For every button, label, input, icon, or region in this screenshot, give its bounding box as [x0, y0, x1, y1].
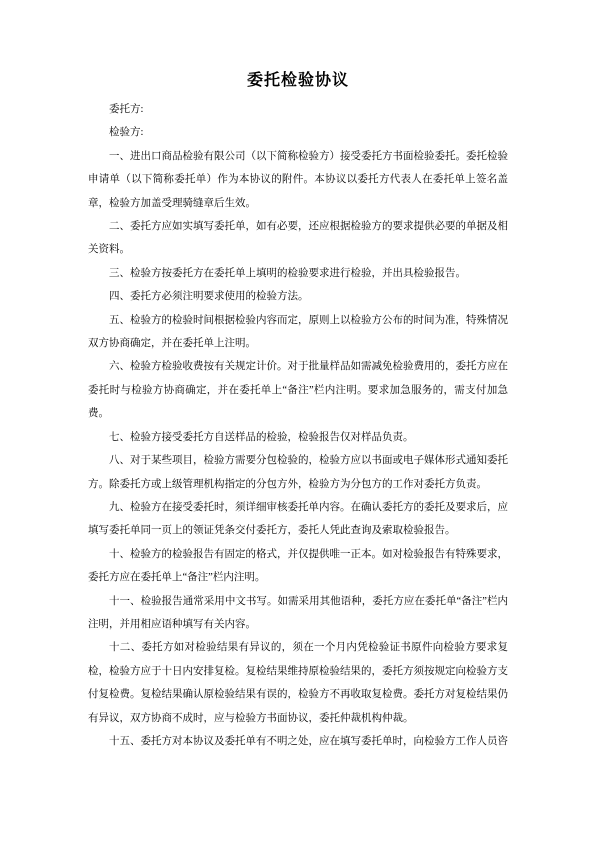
- clause-04: 四、委托方必须注明要求使用的检验方法。: [88, 285, 508, 308]
- clause-10: 十、检验方的检验报告有固定的格式，并仅提供唯一正本。如对检验报告有特殊要求，委托…: [88, 543, 508, 590]
- clause-02: 二、委托方应如实填写委托单，如有必要，还应根据检验方的要求提供必要的单据及相关资…: [88, 215, 508, 262]
- clause-15: 十五、委托方对本协议及委托单有不明之处，应在填写委托单时，向检验方工作人员咨: [88, 730, 508, 753]
- clause-05: 五、检验方的检验时间根据检验内容而定，原则上以检验方公布的时间为准，特殊情况双方…: [88, 309, 508, 356]
- clause-06: 六、检验方检验收费按有关规定计价。对于批量样品如需减免检验费用的，委托方应在委托…: [88, 355, 508, 425]
- clause-03: 三、检验方按委托方在委托单上填明的检验要求进行检验，并出具检验报告。: [88, 262, 508, 285]
- clause-09: 九、检验方在接受委托时，须详细审核委托单内容。在确认委托方的委托及要求后，应填写…: [88, 496, 508, 543]
- clause-12: 十二、委托方如对检验结果有异议的，须在一个月内凭检验证书原件向检验方要求复检，检…: [88, 636, 508, 730]
- document-title: 委托检验协议: [88, 70, 508, 92]
- inspector-party-label: 检验方:: [88, 121, 508, 144]
- document-page: 委托检验协议 委托方: 检验方: 一、进出口商品检验有限公司（以下简称检验方）接…: [0, 0, 595, 841]
- client-party-label: 委托方:: [88, 98, 508, 121]
- clause-01: 一、进出口商品检验有限公司（以下简称检验方）接受委托方书面检验委托。委托检验申请…: [88, 145, 508, 215]
- clause-08: 八、对于某些项目，检验方需要分包检验的，检验方应以书面或电子媒体形式通知委托方。…: [88, 449, 508, 496]
- clause-11: 十一、检验报告通常采用中文书写。如需采用其他语种，委托方应在委托单“备注”栏内注…: [88, 590, 508, 637]
- clause-07: 七、检验方接受委托方自送样品的检验，检验报告仅对样品负责。: [88, 426, 508, 449]
